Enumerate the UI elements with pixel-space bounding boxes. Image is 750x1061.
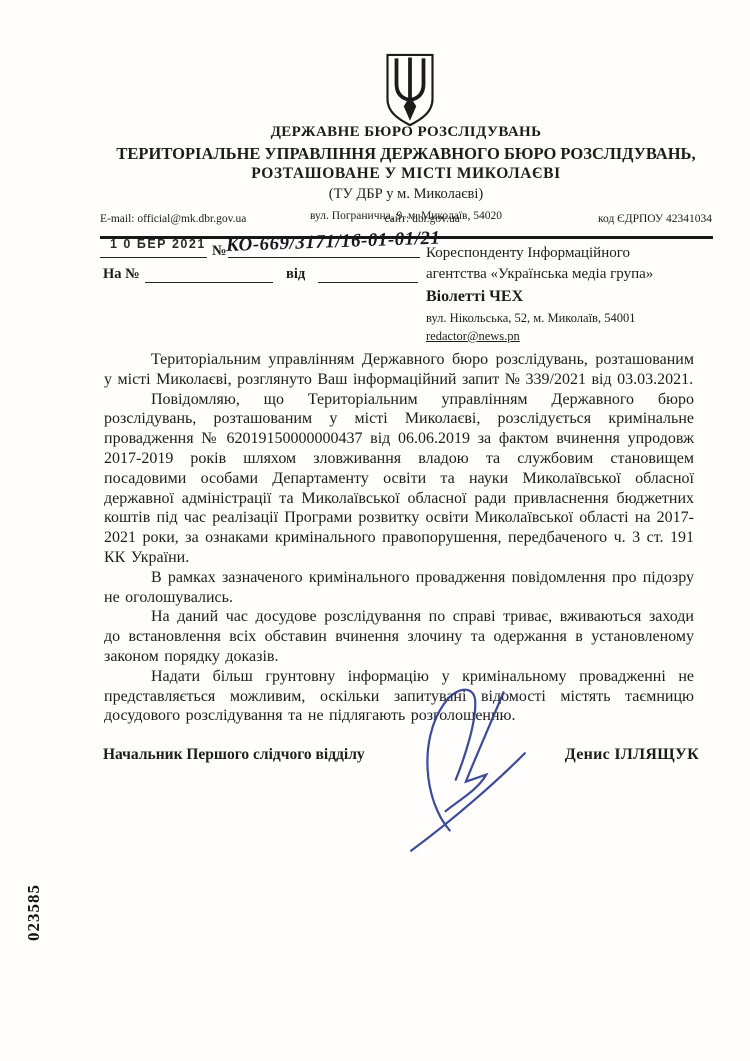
signer-position-title: Начальник Першого слідчого відділу — [103, 746, 365, 764]
org-website: сайт: dbr.gov.ua — [384, 213, 459, 225]
org-name-line1: ДЕРЖАВНЕ БЮРО РОЗСЛІДУВАНЬ — [100, 124, 712, 142]
incoming-date-label: від — [286, 266, 305, 283]
body-paragraph: Територіальним управлінням Державного бю… — [104, 350, 694, 390]
body-paragraph: На даний час досудове розслідування по с… — [104, 607, 694, 666]
incoming-number-label: На № — [103, 266, 140, 283]
addressee-email: redactor@news.pn — [426, 328, 712, 346]
org-edrpou-code: код ЄДРПОУ 42341034 — [598, 213, 712, 225]
addressee-block: Кореспонденту Інформаційного агентства «… — [426, 243, 712, 345]
outgoing-number-label: № — [212, 243, 227, 260]
addressee-line1: Кореспонденту Інформаційного — [426, 243, 712, 264]
form-vertical-number: 023585 — [24, 884, 44, 941]
ukraine-trident-emblem-icon — [383, 52, 437, 128]
scanned-letter-page: 023585 ДЕРЖАВНЕ БЮРО РОЗСЛІДУВАНЬ ТЕРИТО… — [0, 0, 750, 1061]
letterhead: ДЕРЖАВНЕ БЮРО РОЗСЛІДУВАНЬ ТЕРИТОРІАЛЬНЕ… — [100, 124, 712, 223]
org-contacts-row: E-mail: official@mk.dbr.gov.ua сайт: dbr… — [100, 213, 712, 225]
date-blank-line — [100, 243, 207, 258]
addressee-address: вул. Нікольська, 52, м. Миколаїв, 54001 — [426, 310, 712, 328]
org-name-line3: РОЗТАШОВАНЕ У МІСТІ МИКОЛАЄВІ — [100, 165, 712, 183]
org-abbreviation: (ТУ ДБР у м. Миколаєві) — [100, 186, 712, 203]
letter-body: Територіальним управлінням Державного бю… — [104, 350, 694, 726]
incoming-date-blank-line — [318, 268, 418, 283]
signature-row: Начальник Першого слідчого відділу Денис… — [103, 746, 703, 764]
signer-name: Денис ІЛЛЯЩУК — [565, 746, 699, 764]
handwritten-outgoing-number: КО-669/3171/16-01-01/21 — [226, 227, 457, 257]
body-paragraph: В рамках зазначеного кримінального прова… — [104, 568, 694, 608]
incoming-number-blank-line — [145, 268, 273, 283]
body-paragraph: Повідомляю, що Територіальним управління… — [104, 390, 694, 568]
body-paragraph: Надати більш грунтовну інформацію у крим… — [104, 667, 694, 726]
org-email: E-mail: official@mk.dbr.gov.ua — [100, 213, 246, 225]
addressee-name: Віолетті ЧЕХ — [426, 286, 712, 308]
handwritten-signature — [405, 680, 537, 858]
org-name-line2: ТЕРИТОРІАЛЬНЕ УПРАВЛІННЯ ДЕРЖАВНОГО БЮРО… — [100, 144, 712, 163]
addressee-line2: агентства «Українська медіа група» — [426, 264, 712, 285]
